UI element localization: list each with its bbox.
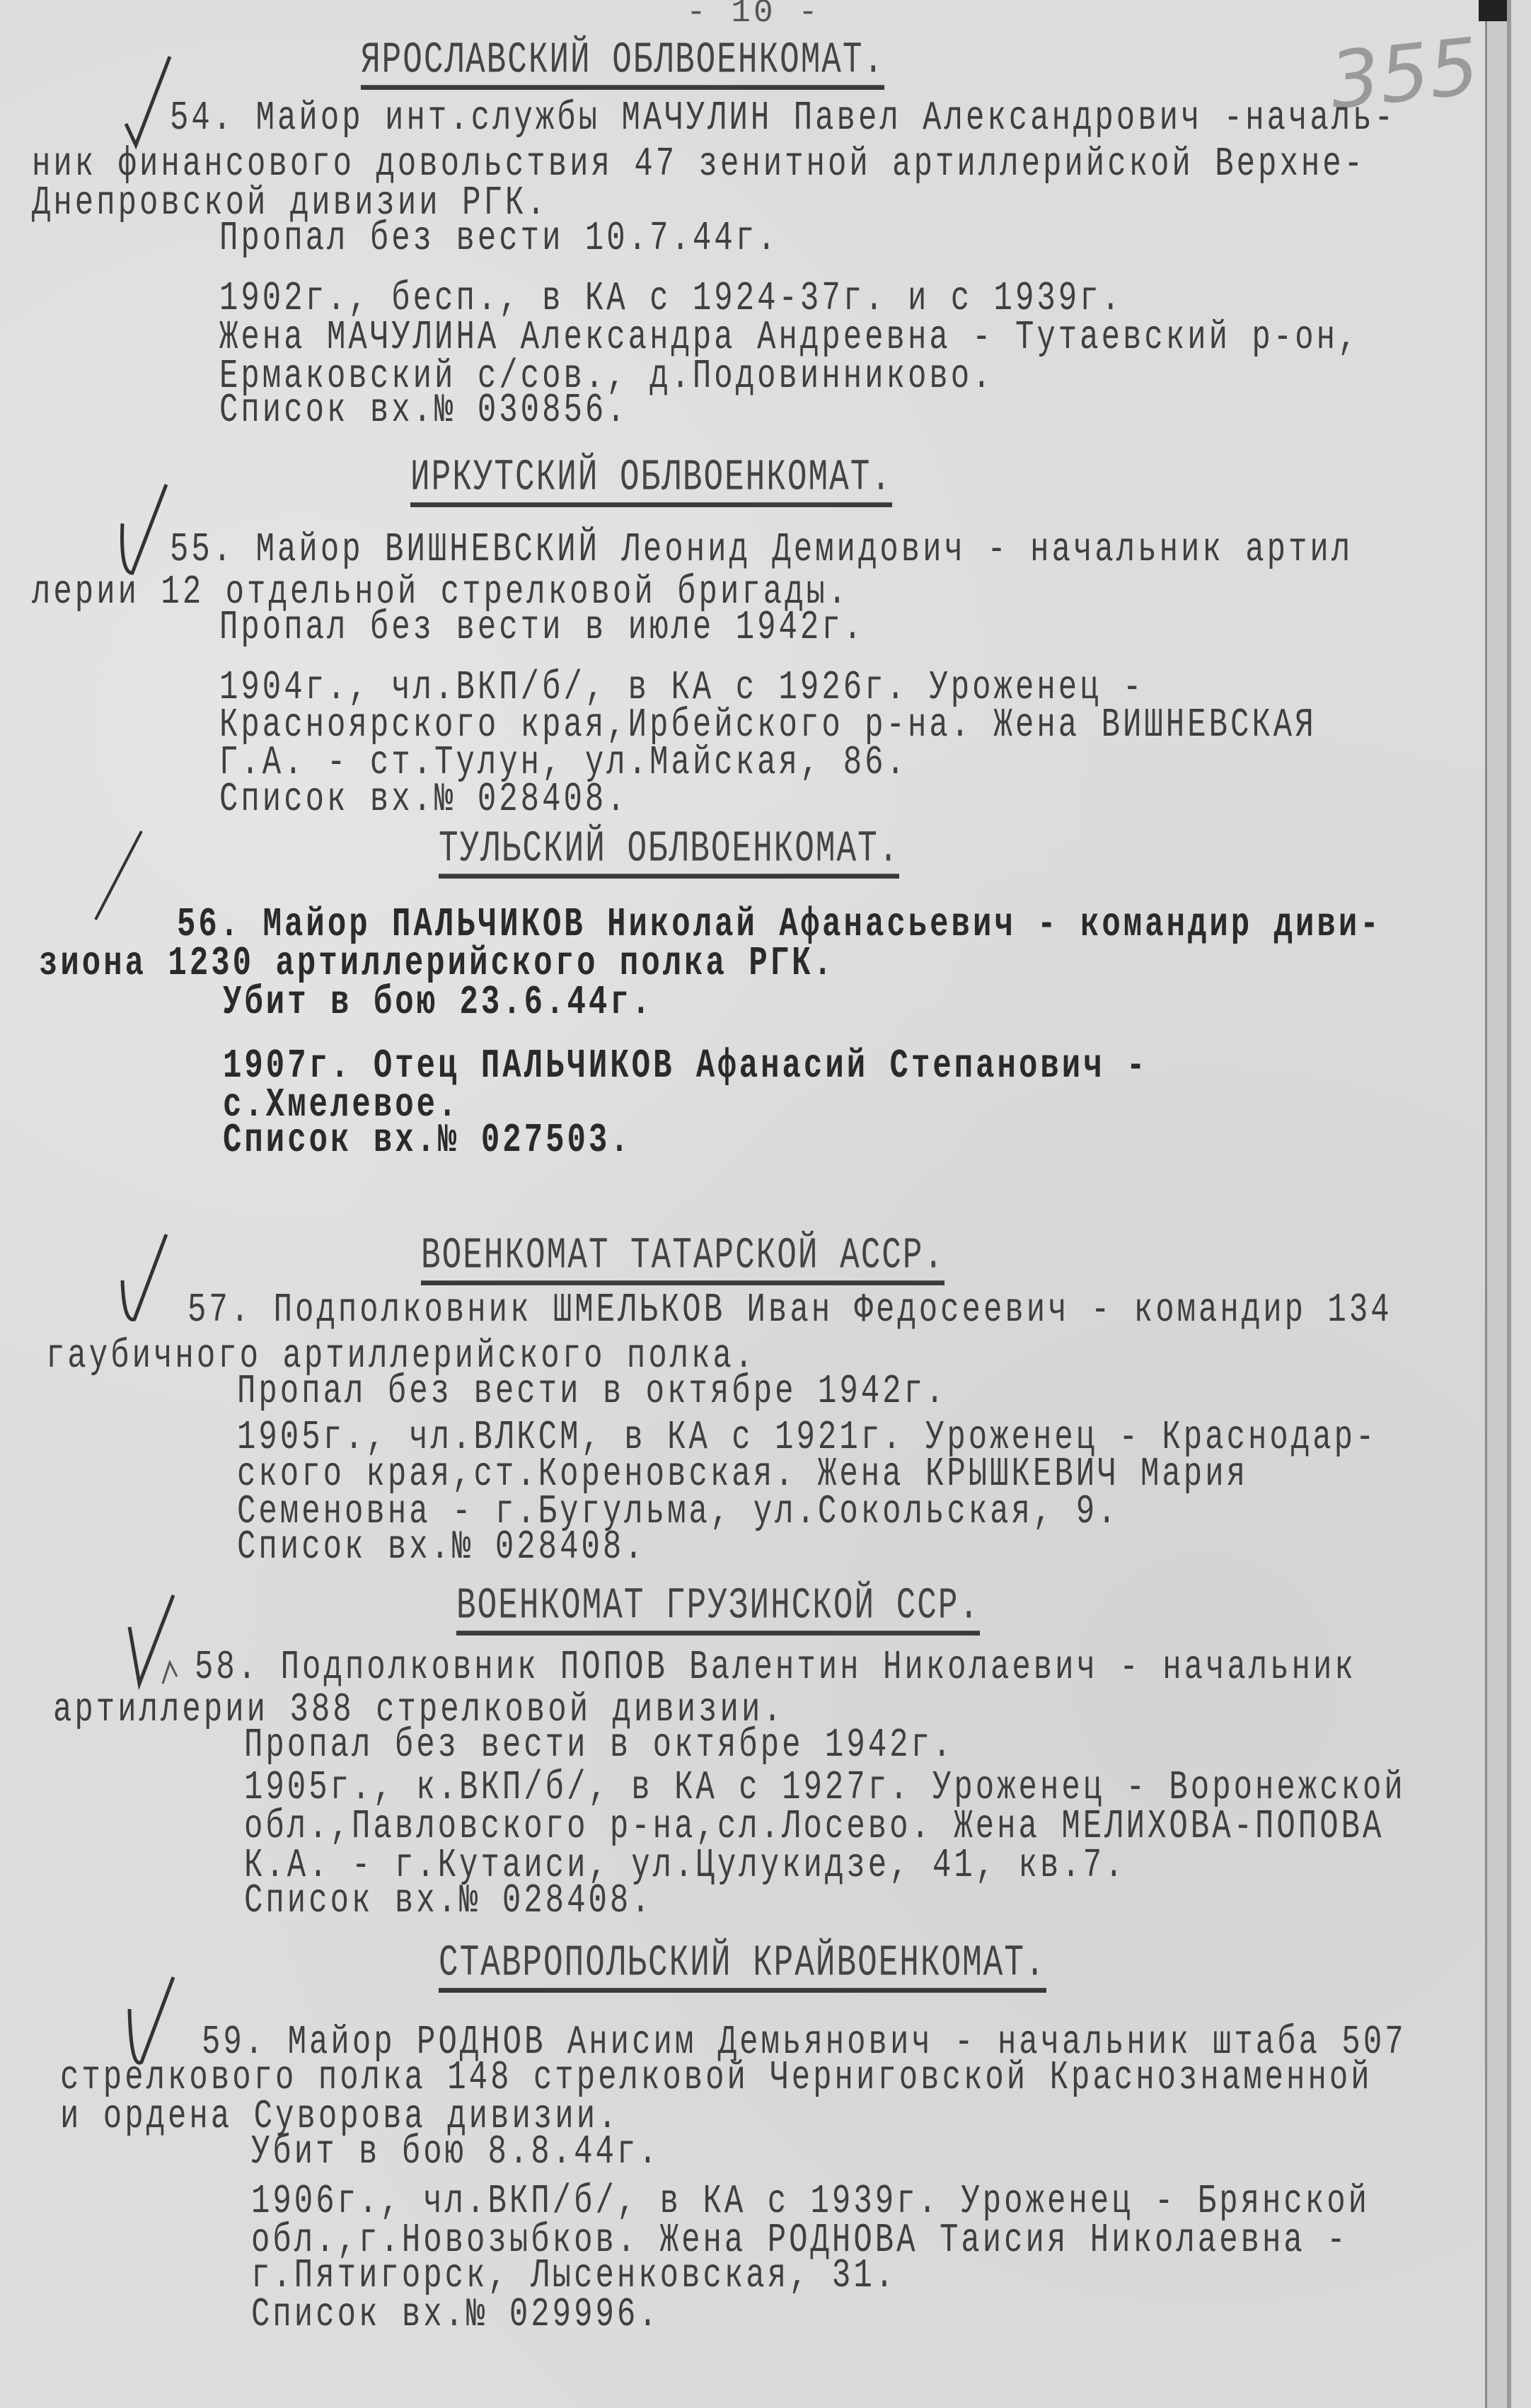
entry-line: Список вх.№ 027503. xyxy=(223,1118,632,1164)
entry-line: Пропал без вести в июле 1942г. xyxy=(219,605,865,651)
check-mark-icon xyxy=(92,828,149,927)
entry-line: Пропал без вести в октябре 1942г. xyxy=(244,1723,954,1769)
entry-line: Пропал без вести в октябре 1942г. xyxy=(237,1369,947,1415)
page-edge xyxy=(1485,0,1507,2408)
entry-line: 55. Майор ВИШНЕВСКИЙ Леонид Демидович - … xyxy=(170,527,1353,573)
section-heading: ЯРОСЛАВСКИЙ ОБЛВОЕНКОМАТ. xyxy=(361,35,884,90)
section-heading: СТАВРОПОЛЬСКИЙ КРАЙВОЕНКОМАТ. xyxy=(439,1938,1046,1993)
section-heading: ИРКУТСКИЙ ОБЛВОЕНКОМАТ. xyxy=(410,453,892,507)
entry-line: Список вх.№ 028408. xyxy=(244,1878,653,1924)
entry-line: Список вх.№ 028408. xyxy=(237,1524,646,1570)
page-number: - 10 - xyxy=(0,0,1507,31)
entry-line: 58. Подполковник ПОПОВ Валентин Николаев… xyxy=(195,1645,1356,1691)
document-page: - 10 - 355 ЯРОСЛАВСКИЙ ОБЛВОЕНКОМАТ. 54.… xyxy=(0,0,1511,2408)
section-heading: ВОЕНКОМАТ ГРУЗИНСКОЙ ССР. xyxy=(456,1581,980,1636)
check-mark-icon xyxy=(117,1231,173,1330)
entry-line: Список вх.№ 029996. xyxy=(251,2292,660,2338)
entry-line: Список вх.№ 030856. xyxy=(219,388,628,434)
entry-line: Убит в бою 23.6.44г. xyxy=(223,980,653,1026)
entry-line: 57. Подполковник ШМЕЛЬКОВ Иван Федосееви… xyxy=(187,1287,1392,1333)
entry-line: Убит в бою 8.8.44г. xyxy=(251,2129,660,2175)
check-mark-icon xyxy=(124,1592,180,1691)
section-heading: ТУЛЬСКИЙ ОБЛВОЕНКОМАТ. xyxy=(439,824,899,879)
check-mark-icon xyxy=(120,53,177,152)
check-mark-icon xyxy=(117,481,173,580)
entry-line: 54. Майор инт.службы МАЧУЛИН Павел Алекс… xyxy=(170,95,1396,141)
entry-line: Пропал без вести 10.7.44г. xyxy=(219,216,779,262)
section-heading: ВОЕНКОМАТ ТАТАРСКОЙ АССР. xyxy=(421,1231,944,1285)
entry-line: Список вх.№ 028408. xyxy=(219,777,628,823)
